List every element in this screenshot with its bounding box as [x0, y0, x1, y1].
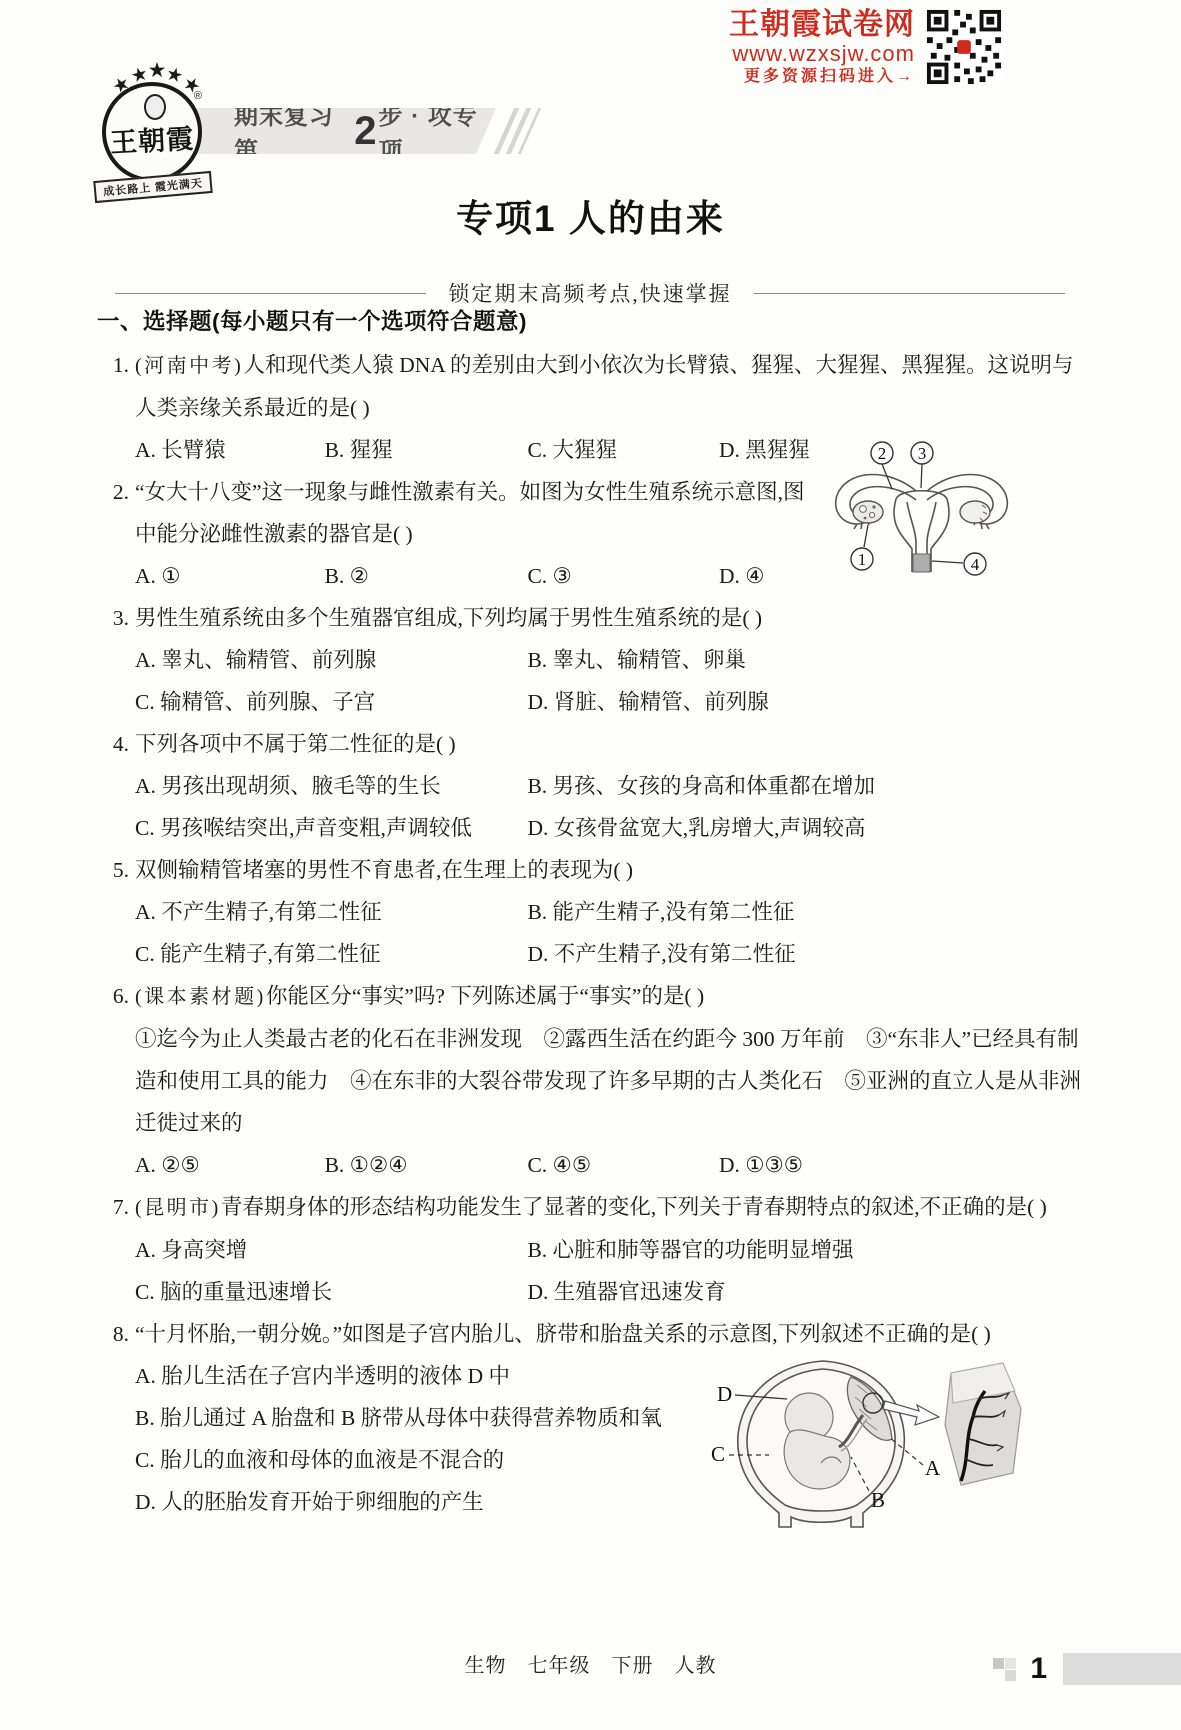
question-stem: 男性生殖系统由多个生殖器官组成,下列均属于男性生殖系统的是( ): [135, 597, 1083, 639]
option-B: B. 男孩、女孩的身高和体重都在增加: [527, 765, 1083, 807]
svg-text:D: D: [717, 1382, 732, 1406]
svg-text:B: B: [871, 1488, 885, 1512]
content: 一、选择题(每小题只有一个选项符合题意) 1.(河南中考)人和现代类人猿 DNA…: [97, 300, 1083, 1523]
question-number: 7.: [97, 1186, 129, 1228]
page-number-decoration: [993, 1658, 1016, 1681]
site-name: 王朝霞试卷网: [729, 8, 915, 42]
option-C: C. ③: [527, 555, 718, 597]
option-B: B. 猩猩: [325, 429, 528, 471]
svg-text:2: 2: [878, 444, 887, 463]
option-C: C. 输精管、前列腺、子宫: [135, 681, 527, 723]
divider-line-right: [754, 293, 1065, 294]
svg-text:4: 4: [971, 555, 980, 574]
option-D: D. 女孩骨盆宽大,乳房增大,声调较高: [527, 807, 1083, 849]
question-4: 4.下列各项中不属于第二性征的是( )A. 男孩出现胡须、腋毛等的生长B. 男孩…: [97, 723, 1083, 849]
option-D: D. 不产生精子,没有第二性征: [527, 933, 1083, 975]
question-stem: (河南中考)人和现代类人猿 DNA 的差别由大到小依次为长臂猿、猩猩、大猩猩、黑…: [135, 344, 1083, 429]
question-number: 5.: [97, 849, 129, 891]
divider-line-left: [115, 293, 426, 294]
banner-slashes-decoration: [500, 108, 540, 154]
question-number: 1.: [97, 344, 129, 386]
option-A: A. ②⑤: [135, 1144, 325, 1186]
option-C: C. 男孩喉结突出,声音变粗,声调较低: [135, 807, 527, 849]
option-B: B. ②: [325, 555, 528, 597]
question-number: 6.: [97, 975, 129, 1017]
option-B: B. 睾丸、输精管、卵巢: [527, 639, 1083, 681]
site-url: www.wzxsjw.com: [729, 42, 915, 67]
question-number: 4.: [97, 723, 129, 765]
option-B: B. 能产生精子,没有第二性征: [527, 891, 1083, 933]
option-A: A. 睾丸、输精管、前列腺: [135, 639, 527, 681]
question-stem: “十月怀胎,一朝分娩。”如图是子宫内胎儿、脐带和胎盘关系的示意图,下列叙述不正确…: [135, 1313, 1083, 1355]
site-header: 王朝霞试卷网 www.wzxsjw.com 更多资源扫码进入→: [729, 8, 1003, 86]
question-source: (河南中考): [135, 355, 243, 377]
svg-text:C: C: [711, 1442, 725, 1466]
svg-text:3: 3: [918, 444, 927, 463]
option-A: A. 身高突增: [135, 1229, 527, 1271]
site-text: 王朝霞试卷网 www.wzxsjw.com 更多资源扫码进入→: [729, 8, 915, 86]
option-D: D. 生殖器官迅速发育: [527, 1271, 1083, 1313]
option-A: A. 长臂猿: [135, 429, 325, 471]
logo-circle: 王朝霞 ®: [102, 82, 202, 182]
option-C: C. 大猩猩: [527, 429, 718, 471]
qr-code: [925, 8, 1003, 86]
logo-name: 王朝霞: [105, 117, 199, 161]
question-7: 7.(昆明市)青春期身体的形态结构功能发生了显著的变化,下列关于青春期特点的叙述…: [97, 1186, 1083, 1313]
option-C: C. 脑的重量迅速增长: [135, 1271, 527, 1313]
option-C: C. 能产生精子,有第二性征: [135, 933, 527, 975]
options: A. ②⑤B. ①②④C. ④⑤D. ①③⑤: [135, 1144, 1083, 1186]
page-number-block: 1: [993, 1652, 1181, 1686]
step-banner: 期末复习第 2 步 · 攻专项: [196, 108, 496, 154]
logo-ribbon: 成长路上 霞光满天: [93, 171, 212, 203]
option-A: A. 男孩出现胡须、腋毛等的生长: [135, 765, 527, 807]
option-A: A. 不产生精子,有第二性征: [135, 891, 527, 933]
question-stem: (课本素材题)你能区分“事实”吗? 下列陈述属于“事实”的是( ): [135, 975, 1083, 1018]
question-body: ①迄今为止人类最古老的化石在非洲发现 ②露西生活在约距今 300 万年前 ③“东…: [135, 1018, 1083, 1144]
portrait-icon: [144, 94, 166, 120]
question-5: 5.双侧输精管堵塞的男性不育患者,在生理上的表现为( )A. 不产生精子,有第二…: [97, 849, 1083, 975]
stars-icon: ★★★★★: [92, 58, 222, 83]
svg-text:A: A: [925, 1456, 941, 1480]
registered-mark: ®: [194, 90, 202, 102]
question-number: 3.: [97, 597, 129, 639]
banner-prefix: 期末复习第: [234, 96, 352, 166]
question-source: (课本素材题): [135, 986, 266, 1008]
question-2: 2.“女大十八变”这一现象与雌性激素有关。如图为女性生殖系统示意图,图中能分泌雌…: [97, 471, 1083, 597]
banner-suffix: 步 · 攻专项: [378, 96, 496, 166]
question-3: 3.男性生殖系统由多个生殖器官组成,下列均属于男性生殖系统的是( )A. 睾丸、…: [97, 597, 1083, 723]
page-number: 1: [1030, 1652, 1047, 1686]
svg-text:1: 1: [858, 550, 867, 569]
question-number: 2.: [97, 471, 129, 513]
section-heading: 一、选择题(每小题只有一个选项符合题意): [97, 300, 1083, 344]
question-6: 6.(课本素材题)你能区分“事实”吗? 下列陈述属于“事实”的是( )①迄今为止…: [97, 975, 1083, 1186]
question-list: 1.(河南中考)人和现代类人猿 DNA 的差别由大到小依次为长臂猿、猩猩、大猩猩…: [97, 344, 1083, 1523]
question-stem: (昆明市)青春期身体的形态结构功能发生了显著的变化,下列关于青春期特点的叙述,不…: [135, 1186, 1083, 1229]
page-number-bar: [1063, 1653, 1181, 1685]
question-stem: 下列各项中不属于第二性征的是( ): [135, 723, 1083, 765]
question-number: 8.: [97, 1313, 129, 1355]
option-B: B. ①②④: [325, 1144, 528, 1186]
brand-logo: ★★★★★ 王朝霞 ® 成长路上 霞光满天: [92, 60, 222, 200]
exam-page: 王朝霞试卷网 www.wzxsjw.com 更多资源扫码进入→: [0, 0, 1181, 1730]
banner-step-number: 2: [354, 111, 376, 151]
options: A. 睾丸、输精管、前列腺B. 睾丸、输精管、卵巢C. 输精管、前列腺、子宫D.…: [135, 639, 1083, 723]
fetus-uterus-figure: D C A B: [703, 1355, 1033, 1533]
options: A. 身高突增B. 心脏和肺等器官的功能明显增强C. 脑的重量迅速增长D. 生殖…: [135, 1229, 1083, 1313]
option-B: B. 心脏和肺等器官的功能明显增强: [527, 1229, 1083, 1271]
question-8: 8.“十月怀胎,一朝分娩。”如图是子宫内胎儿、脐带和胎盘关系的示意图,下列叙述不…: [97, 1313, 1083, 1523]
site-tagline: 更多资源扫码进入→: [729, 68, 915, 86]
options: A. 男孩出现胡须、腋毛等的生长B. 男孩、女孩的身高和体重都在增加C. 男孩喉…: [135, 765, 1083, 849]
option-D: D. 肾脏、输精管、前列腺: [527, 681, 1083, 723]
options: A. 不产生精子,有第二性征B. 能产生精子,没有第二性征C. 能产生精子,有第…: [135, 891, 1083, 975]
question-stem: 双侧输精管堵塞的男性不育患者,在生理上的表现为( ): [135, 849, 1083, 891]
female-reproductive-system-figure: 2 3 1 4: [824, 439, 1019, 581]
option-D: D. ①③⑤: [719, 1144, 1083, 1186]
question-source: (昆明市): [135, 1197, 221, 1219]
option-C: C. ④⑤: [527, 1144, 718, 1186]
option-A: A. ①: [135, 555, 325, 597]
